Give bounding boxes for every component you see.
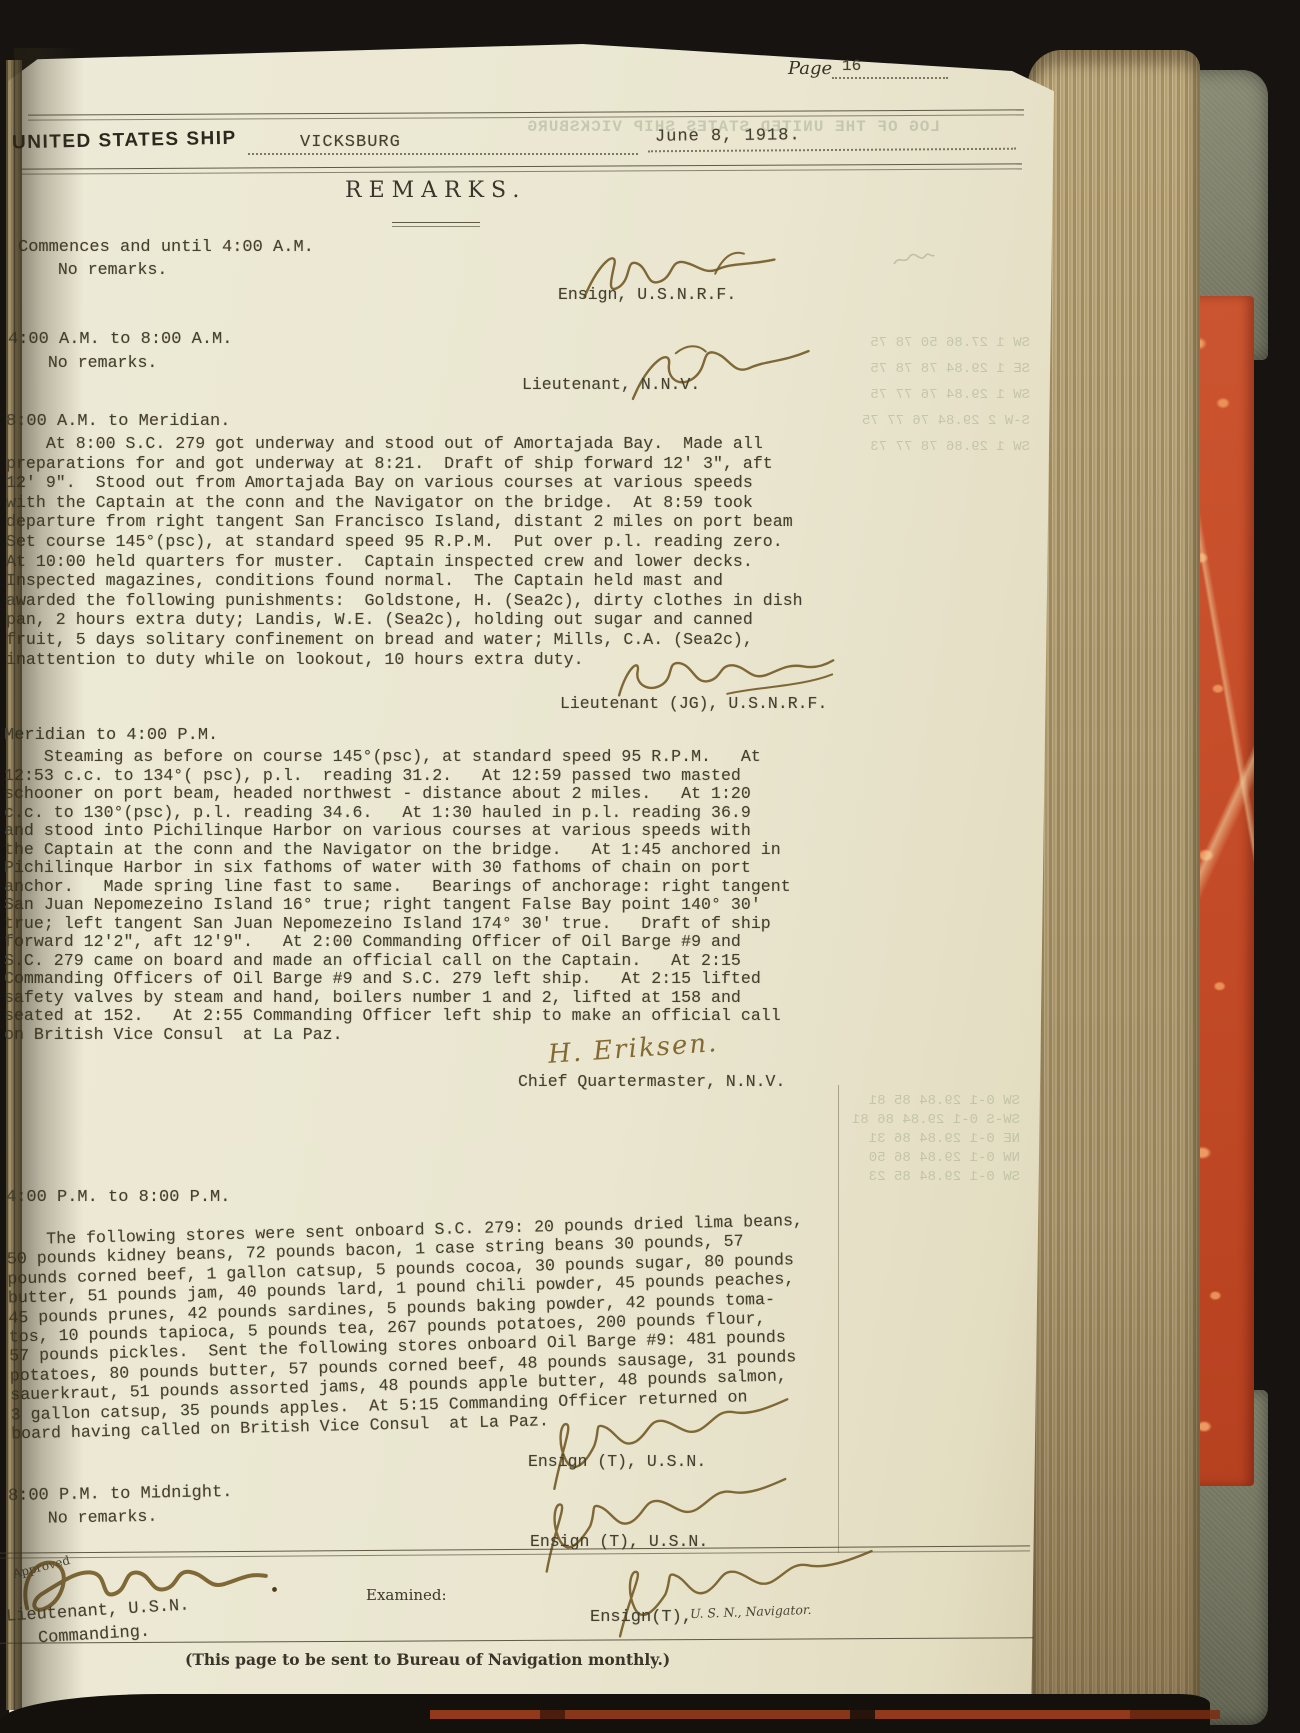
signature-rank: Ensign, U.S.N.R.F. bbox=[558, 285, 736, 304]
watch-remarks: No remarks. bbox=[8, 1507, 158, 1529]
examined-label: Examined: bbox=[366, 1586, 447, 1604]
watch-heading: Meridian to 4:00 P.M. bbox=[4, 726, 218, 745]
page-label: Page bbox=[788, 58, 832, 79]
watch-heading: 8:00 A.M. to Meridian. bbox=[6, 412, 230, 431]
watch-heading: 8:00 P.M. to Midnight. bbox=[8, 1483, 233, 1506]
watch-remarks: No remarks. bbox=[18, 260, 167, 280]
watch-remarks: No remarks. bbox=[8, 353, 157, 373]
navigator-rank: Ensign(T), bbox=[590, 1608, 692, 1627]
bleed-through-table-mid: SW 0-1 29.84 85 81SW-S 0-1 29.84 86 81NE… bbox=[620, 1092, 1020, 1187]
watch-heading: 4:00 A.M. to 8:00 A.M. bbox=[8, 330, 232, 349]
page-number: 16 bbox=[842, 57, 861, 75]
cover-bottom-red-edge bbox=[430, 1710, 1220, 1719]
watch-remarks: Steaming as before on course 145°(psc), … bbox=[4, 748, 842, 1044]
signature-rank: Chief Quartermaster, N.N.V. bbox=[518, 1072, 785, 1091]
logbook-photo: LOG OF THE UNITED STATES SHIP VICKSBURG … bbox=[0, 0, 1300, 1733]
remarks-underline bbox=[392, 222, 480, 223]
remarks-title: REMARKS. bbox=[345, 178, 526, 203]
page-stack-fore-edge bbox=[1028, 50, 1200, 1722]
watch-remarks: At 8:00 S.C. 279 got underway and stood … bbox=[6, 434, 842, 669]
signature-rank: Lieutenant, N.N.V. bbox=[522, 375, 700, 394]
signature-rank: Lieutenant (JG), U.S.N.R.F. bbox=[560, 694, 827, 713]
signature-rank: Ensign (T), U.S.N. bbox=[528, 1452, 706, 1471]
ship-name: VICKSBURG bbox=[300, 133, 401, 152]
watch-heading: 4:00 P.M. to 8:00 P.M. bbox=[6, 1188, 230, 1207]
page-number-leader bbox=[832, 76, 948, 79]
ship-name-leader bbox=[248, 152, 638, 155]
pencil-mark bbox=[892, 252, 936, 270]
log-date: June 8, 1918. bbox=[655, 126, 801, 147]
watch-heading: Commences and until 4:00 A.M. bbox=[18, 238, 314, 257]
remarks-underline bbox=[392, 226, 480, 227]
ship-label: UNITED STATES SHIP bbox=[12, 128, 237, 155]
footer-note: (This page to be sent to Bureau of Navig… bbox=[185, 1650, 670, 1669]
